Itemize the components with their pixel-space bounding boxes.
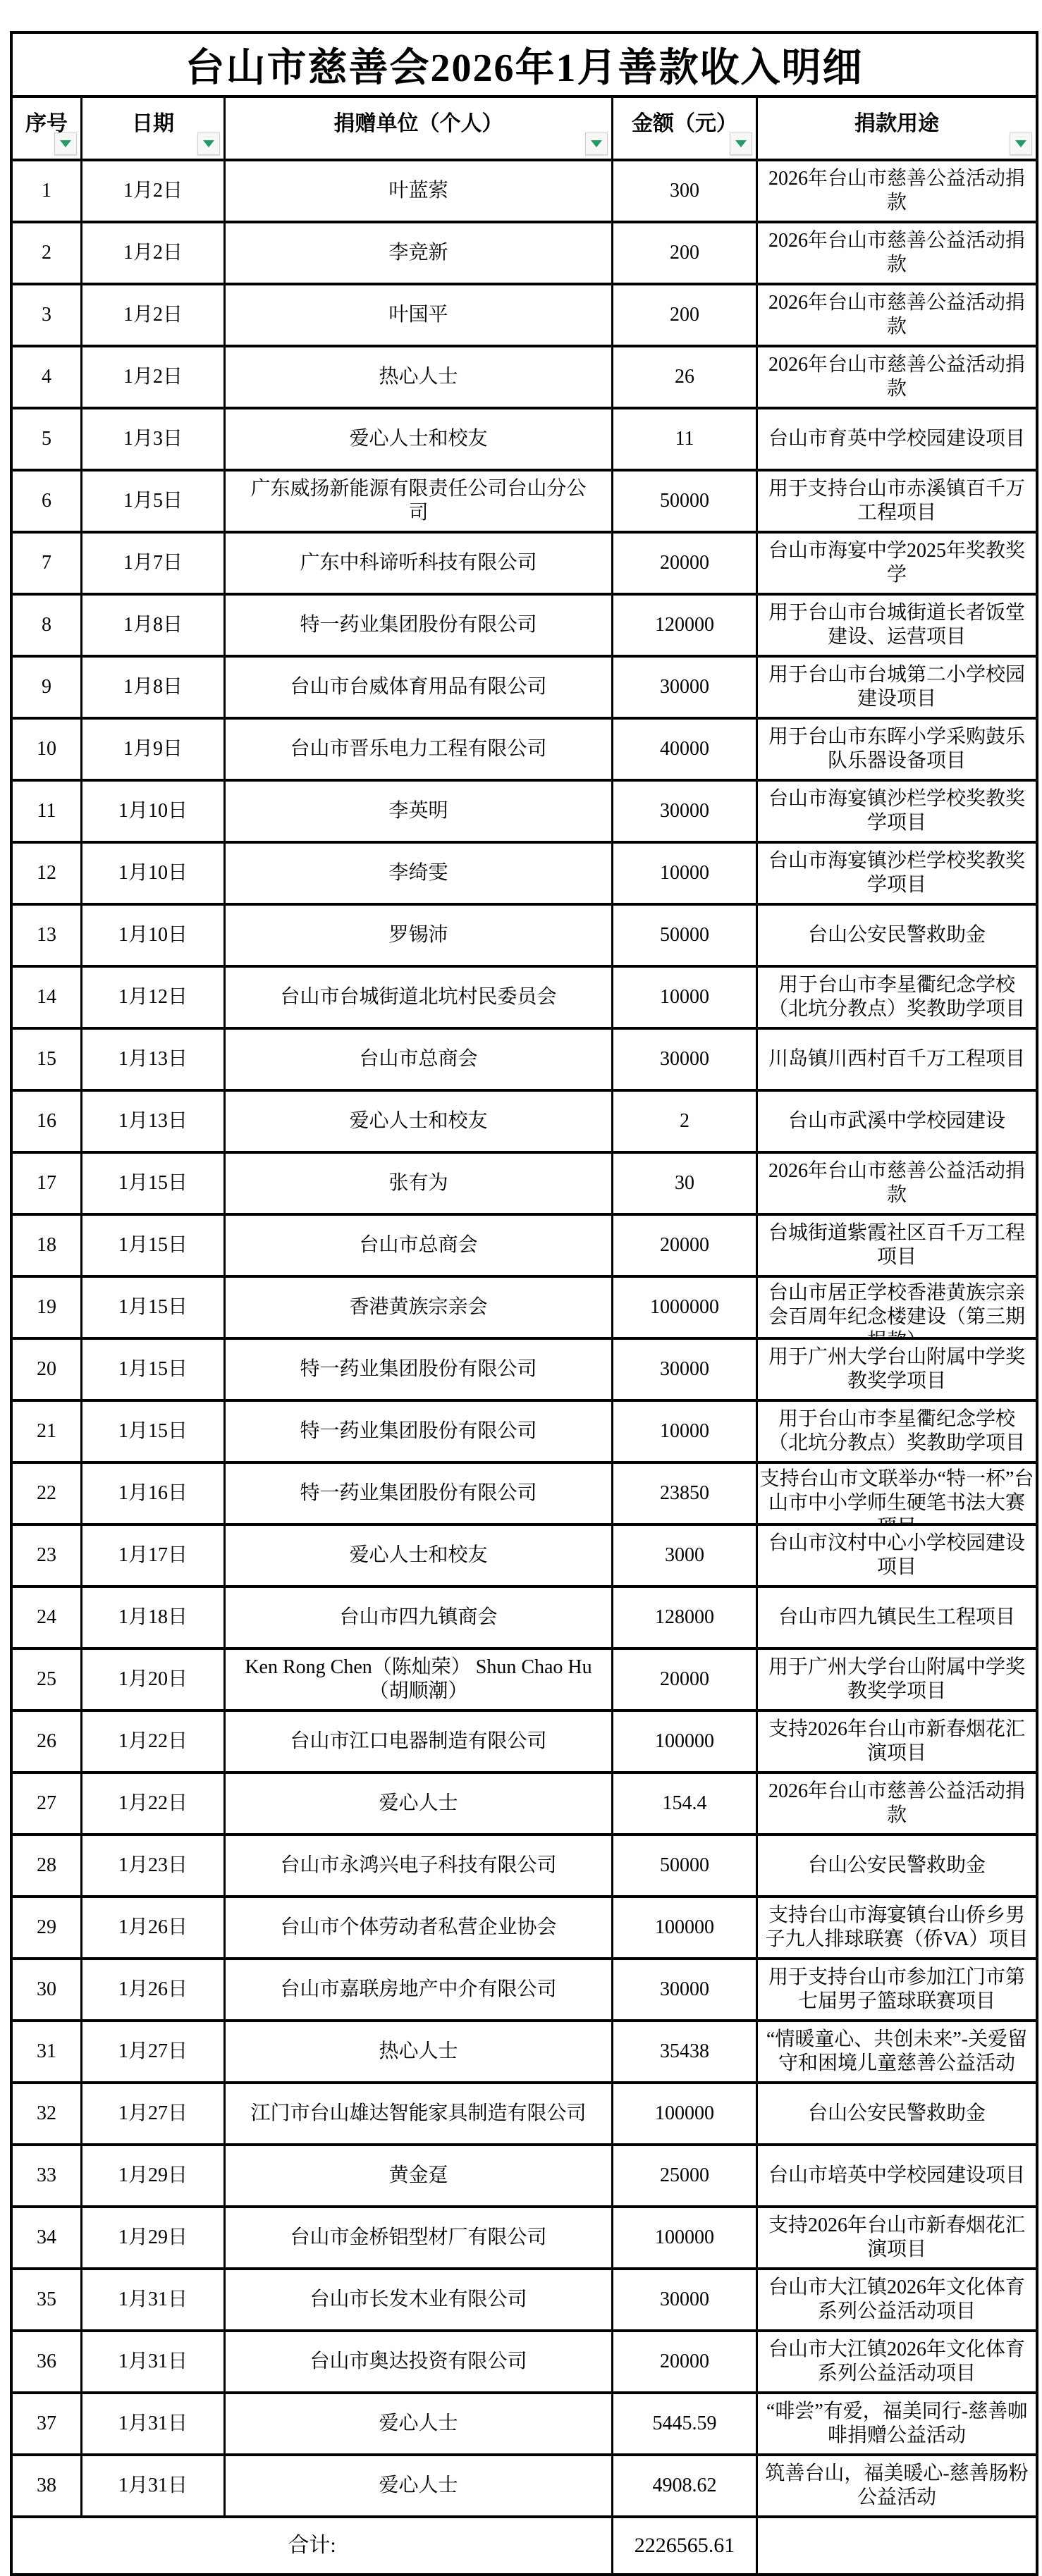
amount-cell[interactable]: 2 [611, 1092, 756, 1151]
date-cell[interactable]: 1月8日 [80, 596, 223, 655]
purpose-cell[interactable]: 台山市育英中学校园建设项目 [756, 409, 1036, 469]
table-row: 211月15日特一药业集团股份有限公司10000用于台山市李星衢纪念学校（北坑分… [13, 1399, 1036, 1461]
donor-cell[interactable]: 广东中科谛听科技有限公司 [223, 534, 611, 593]
row-number-cell[interactable]: 32 [13, 2084, 80, 2143]
amount-cell[interactable]: 300 [611, 161, 756, 221]
table-row: 161月13日爱心人士和校友2台山市武溪中学校园建设 [13, 1089, 1036, 1151]
table-row: 341月29日台山市金桥铝型材厂有限公司100000支持2026年台山市新春烟花… [13, 2205, 1036, 2267]
donor-cell[interactable]: 李竞新 [223, 223, 611, 283]
row-number-cell[interactable]: 13 [13, 906, 80, 965]
date-cell[interactable]: 1月8日 [80, 658, 223, 717]
donor-cell[interactable]: 台山市江口电器制造有限公司 [223, 1712, 611, 1771]
donor-cell[interactable]: 黄金趸 [223, 2146, 611, 2205]
date-cell[interactable]: 1月10日 [80, 906, 223, 965]
date-cell[interactable]: 1月22日 [80, 1712, 223, 1771]
row-number-cell[interactable]: 29 [13, 1898, 80, 1957]
purpose-cell[interactable]: 用于台山市李星衢纪念学校（北坑分教点）奖教助学项目 [756, 1402, 1036, 1461]
purpose-cell[interactable]: 台山市海宴镇沙栏学校奖教奖学项目 [756, 844, 1036, 903]
table-row: 201月15日特一药业集团股份有限公司30000用于广州大学台山附属中学奖教奖学… [13, 1337, 1036, 1399]
purpose-cell[interactable]: 台山市海宴镇沙栏学校奖教奖学项目 [756, 782, 1036, 841]
purpose-cell[interactable]: 川岛镇川西村百千万工程项目 [756, 1030, 1036, 1089]
filter-button-purpose[interactable] [1010, 133, 1032, 155]
donor-cell[interactable]: 罗锡沛 [223, 906, 611, 965]
donor-cell[interactable]: 江门市台山雄达智能家具制造有限公司 [223, 2084, 611, 2143]
row-number-cell[interactable]: 7 [13, 534, 80, 593]
table-row: 121月10日李绮雯10000台山市海宴镇沙栏学校奖教奖学项目 [13, 841, 1036, 903]
donor-cell[interactable]: 特一药业集团股份有限公司 [223, 1464, 611, 1523]
amount-cell[interactable]: 120000 [611, 596, 756, 655]
row-number-cell[interactable]: 3 [13, 285, 80, 345]
row-number-cell[interactable]: 23 [13, 1526, 80, 1585]
amount-cell[interactable]: 200 [611, 223, 756, 283]
donor-cell[interactable]: 爱心人士和校友 [223, 1092, 611, 1151]
table-row: 291月26日台山市个体劳动者私营企业协会100000支持台山市海宴镇台山侨乡男… [13, 1895, 1036, 1957]
date-cell[interactable]: 1月16日 [80, 1464, 223, 1523]
row-number-cell[interactable]: 14 [13, 968, 80, 1027]
table-body: 11月2日叶蓝萦3002026年台山市慈善公益活动捐款21月2日李竞新20020… [13, 159, 1036, 2515]
row-number-cell[interactable]: 31 [13, 2022, 80, 2081]
row-number-cell[interactable]: 15 [13, 1030, 80, 1089]
date-cell[interactable]: 1月9日 [80, 720, 223, 779]
filter-button-no[interactable] [54, 133, 77, 155]
header-label-amount: 金额（元） [632, 112, 737, 136]
donor-cell[interactable]: 台山市长发木业有限公司 [223, 2270, 611, 2329]
row-number-cell[interactable]: 25 [13, 1650, 80, 1709]
donor-cell[interactable]: 热心人士 [223, 2022, 611, 2081]
date-cell[interactable]: 1月13日 [80, 1030, 223, 1089]
date-cell[interactable]: 1月15日 [80, 1278, 223, 1337]
date-cell[interactable]: 1月12日 [80, 968, 223, 1027]
date-cell[interactable]: 1月26日 [80, 1898, 223, 1957]
row-number-cell[interactable]: 16 [13, 1092, 80, 1151]
amount-cell[interactable]: 30000 [611, 2270, 756, 2329]
row-number-cell[interactable]: 6 [13, 472, 80, 531]
table-row: 281月23日台山市永鸿兴电子科技有限公司50000台山公安民警救助金 [13, 1833, 1036, 1895]
donor-cell[interactable]: 台山市嘉联房地产中介有限公司 [223, 1960, 611, 2019]
date-cell[interactable]: 1月22日 [80, 1774, 223, 1833]
date-cell[interactable]: 1月23日 [80, 1836, 223, 1895]
date-cell[interactable]: 1月2日 [80, 285, 223, 345]
row-number-cell[interactable]: 28 [13, 1836, 80, 1895]
row-number-cell[interactable]: 34 [13, 2208, 80, 2267]
row-number-cell[interactable]: 20 [13, 1340, 80, 1399]
purpose-cell[interactable]: 支持2026年台山市新春烟花汇演项目 [756, 1712, 1036, 1771]
amount-cell[interactable]: 50000 [611, 906, 756, 965]
date-cell[interactable]: 1月15日 [80, 1154, 223, 1213]
amount-cell[interactable]: 30000 [611, 1030, 756, 1089]
donor-cell[interactable]: 热心人士 [223, 347, 611, 407]
row-number-cell[interactable]: 30 [13, 1960, 80, 2019]
purpose-cell[interactable]: 用于广州大学台山附属中学奖教奖学项目 [756, 1340, 1036, 1399]
date-cell[interactable]: 1月2日 [80, 223, 223, 283]
date-cell[interactable]: 1月15日 [80, 1340, 223, 1399]
total-purpose-cell[interactable] [756, 2518, 1036, 2573]
amount-cell[interactable]: 25000 [611, 2146, 756, 2205]
donor-cell[interactable]: 台山市个体劳动者私营企业协会 [223, 1898, 611, 1957]
amount-cell[interactable]: 50000 [611, 1836, 756, 1895]
donor-cell[interactable]: 特一药业集团股份有限公司 [223, 1340, 611, 1399]
amount-cell[interactable]: 50000 [611, 472, 756, 531]
filter-dropdown-icon [1015, 140, 1026, 147]
table-row: 251月20日Ken Rong Chen（陈灿荣） Shun Chao Hu（胡… [13, 1647, 1036, 1709]
filter-button-donor[interactable] [585, 133, 608, 155]
purpose-cell[interactable]: 台山公安民警救助金 [756, 1836, 1036, 1895]
amount-cell[interactable]: 40000 [611, 720, 756, 779]
amount-cell[interactable]: 10000 [611, 1402, 756, 1461]
date-cell[interactable]: 1月20日 [80, 1650, 223, 1709]
table-row: 371月31日爱心人士5445.59“啡尝”有爱，福美同行-慈善咖啡捐赠公益活动 [13, 2391, 1036, 2453]
table-row: 381月31日爱心人士4908.62筑善台山，福美暖心-慈善肠粉公益活动 [13, 2453, 1036, 2515]
purpose-cell[interactable]: “啡尝”有爱，福美同行-慈善咖啡捐赠公益活动 [756, 2394, 1036, 2453]
row-number-cell[interactable]: 38 [13, 2456, 80, 2515]
purpose-cell[interactable]: 支持台山市文联举办“特一杯”台山市中小学师生硬笔书法大赛项目 [756, 1464, 1036, 1523]
amount-cell[interactable]: 10000 [611, 844, 756, 903]
donor-cell[interactable]: 李绮雯 [223, 844, 611, 903]
purpose-cell[interactable]: 用于台山市李星衢纪念学校（北坑分教点）奖教助学项目 [756, 968, 1036, 1027]
donor-cell[interactable]: Ken Rong Chen（陈灿荣） Shun Chao Hu（胡顺潮） [223, 1650, 611, 1709]
table-row: 301月26日台山市嘉联房地产中介有限公司30000用于支持台山市参加江门市第七… [13, 1957, 1036, 2019]
filter-dropdown-icon [60, 140, 71, 147]
donor-cell[interactable]: 叶蓝萦 [223, 161, 611, 221]
header-label-purpose: 捐款用途 [854, 112, 939, 136]
table-row: 91月8日台山市台威体育用品有限公司30000用于台山市台城第二小学校园建设项目 [13, 655, 1036, 717]
donation-table: 台山市慈善会2026年1月善款收入明细 序号 日期 捐赠单位（个人） 金额（元）… [10, 31, 1038, 2576]
amount-cell[interactable]: 20000 [611, 1650, 756, 1709]
purpose-cell[interactable]: 台山市大江镇2026年文化体育系列公益活动项目 [756, 2332, 1036, 2391]
donor-cell[interactable]: 爱心人士 [223, 1774, 611, 1833]
purpose-cell[interactable]: 2026年台山市慈善公益活动捐款 [756, 347, 1036, 407]
row-number-cell[interactable]: 21 [13, 1402, 80, 1461]
donor-cell[interactable]: 台山市台威体育用品有限公司 [223, 658, 611, 717]
purpose-cell[interactable]: 台城街道紫霞社区百千万工程项目 [756, 1216, 1036, 1275]
donor-cell[interactable]: 特一药业集团股份有限公司 [223, 1402, 611, 1461]
amount-cell[interactable]: 11 [611, 409, 756, 469]
amount-cell[interactable]: 5445.59 [611, 2394, 756, 2453]
table-row: 361月31日台山市奥达投资有限公司20000台山市大江镇2026年文化体育系列… [13, 2329, 1036, 2391]
header-label-date: 日期 [132, 112, 174, 136]
purpose-cell[interactable]: 支持台山市海宴镇台山侨乡男子九人排球联赛（侨VA）项目 [756, 1898, 1036, 1957]
amount-cell[interactable]: 26 [611, 347, 756, 407]
table-row: 221月16日特一药业集团股份有限公司23850支持台山市文联举办“特一杯”台山… [13, 1461, 1036, 1523]
purpose-cell[interactable]: 筑善台山，福美暖心-慈善肠粉公益活动 [756, 2456, 1036, 2515]
purpose-cell[interactable]: “情暖童心、共创未来”-关爱留守和困境儿童慈善公益活动 [756, 2022, 1036, 2081]
purpose-cell[interactable]: 台山市四九镇民生工程项目 [756, 1588, 1036, 1647]
row-number-cell[interactable]: 22 [13, 1464, 80, 1523]
amount-cell[interactable]: 100000 [611, 2084, 756, 2143]
row-number-cell[interactable]: 9 [13, 658, 80, 717]
donor-cell[interactable]: 特一药业集团股份有限公司 [223, 596, 611, 655]
date-cell[interactable]: 1月7日 [80, 534, 223, 593]
date-cell[interactable]: 1月31日 [80, 2270, 223, 2329]
date-cell[interactable]: 1月10日 [80, 844, 223, 903]
amount-cell[interactable]: 35438 [611, 2022, 756, 2081]
date-cell[interactable]: 1月29日 [80, 2146, 223, 2205]
donor-cell[interactable]: 台山市金桥铝型材厂有限公司 [223, 2208, 611, 2267]
donor-cell[interactable]: 台山市总商会 [223, 1030, 611, 1089]
table-row: 141月12日台山市台城街道北坑村民委员会10000用于台山市李星衢纪念学校（北… [13, 965, 1036, 1027]
table-row: 321月27日江门市台山雄达智能家具制造有限公司100000台山公安民警救助金 [13, 2081, 1036, 2143]
date-cell[interactable]: 1月2日 [80, 347, 223, 407]
donor-cell[interactable]: 张有为 [223, 1154, 611, 1213]
filter-button-amount[interactable] [730, 133, 752, 155]
purpose-cell[interactable]: 支持2026年台山市新春烟花汇演项目 [756, 2208, 1036, 2267]
amount-cell[interactable]: 30000 [611, 1340, 756, 1399]
row-number-cell[interactable]: 33 [13, 2146, 80, 2205]
purpose-cell[interactable]: 台山市汶村中心小学校园建设项目 [756, 1526, 1036, 1585]
row-number-cell[interactable]: 17 [13, 1154, 80, 1213]
filter-button-date[interactable] [197, 133, 220, 155]
purpose-cell[interactable]: 台山市大江镇2026年文化体育系列公益活动项目 [756, 2270, 1036, 2329]
table-row: 131月10日罗锡沛50000台山公安民警救助金 [13, 903, 1036, 965]
date-cell[interactable]: 1月10日 [80, 782, 223, 841]
donor-cell[interactable]: 台山市永鸿兴电子科技有限公司 [223, 1836, 611, 1895]
donor-cell[interactable]: 台山市台城街道北坑村民委员会 [223, 968, 611, 1027]
date-cell[interactable]: 1月29日 [80, 2208, 223, 2267]
amount-cell[interactable]: 20000 [611, 1216, 756, 1275]
row-number-cell[interactable]: 11 [13, 782, 80, 841]
amount-cell[interactable]: 23850 [611, 1464, 756, 1523]
row-number-cell[interactable]: 26 [13, 1712, 80, 1771]
table-row: 351月31日台山市长发木业有限公司30000台山市大江镇2026年文化体育系列… [13, 2267, 1036, 2329]
purpose-cell[interactable]: 用于支持台山市参加江门市第七届男子篮球联赛项目 [756, 1960, 1036, 2019]
table-row: 11月2日叶蓝萦3002026年台山市慈善公益活动捐款 [13, 159, 1036, 221]
table-row: 151月13日台山市总商会30000川岛镇川西村百千万工程项目 [13, 1027, 1036, 1089]
date-cell[interactable]: 1月15日 [80, 1216, 223, 1275]
purpose-cell[interactable]: 2026年台山市慈善公益活动捐款 [756, 285, 1036, 345]
total-row: 合计: 2226565.61 [13, 2515, 1036, 2573]
table-row: 191月15日香港黄族宗亲会1000000台山市居正学校香港黄族宗亲会百周年纪念… [13, 1275, 1036, 1337]
header-cell-amount[interactable]: 金额（元） [611, 98, 756, 159]
purpose-cell[interactable]: 台山市武溪中学校园建设 [756, 1092, 1036, 1151]
table-row: 41月2日热心人士262026年台山市慈善公益活动捐款 [13, 345, 1036, 407]
donor-cell[interactable]: 爱心人士 [223, 2394, 611, 2453]
row-number-cell[interactable]: 10 [13, 720, 80, 779]
date-cell[interactable]: 1月5日 [80, 472, 223, 531]
amount-cell[interactable]: 30000 [611, 782, 756, 841]
table-row: 261月22日台山市江口电器制造有限公司100000支持2026年台山市新春烟花… [13, 1709, 1036, 1771]
page-title: 台山市慈善会2026年1月善款收入明细 [13, 34, 1036, 95]
purpose-cell[interactable]: 用于支持台山市赤溪镇百千万工程项目 [756, 472, 1036, 531]
filter-dropdown-icon [591, 140, 602, 147]
table-row: 21月2日李竞新2002026年台山市慈善公益活动捐款 [13, 221, 1036, 283]
amount-cell[interactable]: 100000 [611, 1898, 756, 1957]
purpose-cell[interactable]: 台山公安民警救助金 [756, 906, 1036, 965]
total-amount-cell[interactable]: 2226565.61 [611, 2518, 756, 2573]
header-cell-donor[interactable]: 捐赠单位（个人） [223, 98, 611, 159]
date-cell[interactable]: 1月27日 [80, 2022, 223, 2081]
header-cell-purpose[interactable]: 捐款用途 [756, 98, 1036, 159]
date-cell[interactable]: 1月31日 [80, 2332, 223, 2391]
header-cell-date[interactable]: 日期 [80, 98, 223, 159]
row-number-cell[interactable]: 24 [13, 1588, 80, 1647]
table-row: 311月27日热心人士35438“情暖童心、共创未来”-关爱留守和困境儿童慈善公… [13, 2019, 1036, 2081]
purpose-cell[interactable]: 2026年台山市慈善公益活动捐款 [756, 161, 1036, 221]
date-cell[interactable]: 1月13日 [80, 1092, 223, 1151]
amount-cell[interactable]: 1000000 [611, 1278, 756, 1337]
row-number-cell[interactable]: 35 [13, 2270, 80, 2329]
header-cell-no[interactable]: 序号 [13, 98, 80, 159]
row-number-cell[interactable]: 19 [13, 1278, 80, 1337]
purpose-cell[interactable]: 用于台山市台城街道长者饭堂建设、运营项目 [756, 596, 1036, 655]
table-row: 31月2日叶国平2002026年台山市慈善公益活动捐款 [13, 283, 1036, 345]
amount-cell[interactable]: 4908.62 [611, 2456, 756, 2515]
table-row: 61月5日广东威扬新能源有限责任公司台山分公司50000用于支持台山市赤溪镇百千… [13, 469, 1036, 531]
row-number-cell[interactable]: 2 [13, 223, 80, 283]
amount-cell[interactable]: 20000 [611, 534, 756, 593]
table-row: 231月17日爱心人士和校友3000台山市汶村中心小学校园建设项目 [13, 1523, 1036, 1585]
donor-cell[interactable]: 爱心人士和校友 [223, 1526, 611, 1585]
amount-cell[interactable]: 100000 [611, 2208, 756, 2267]
spreadsheet-page: 台山市慈善会2026年1月善款收入明细 序号 日期 捐赠单位（个人） 金额（元）… [0, 0, 1042, 2477]
table-row: 111月10日李英明30000台山市海宴镇沙栏学校奖教奖学项目 [13, 779, 1036, 841]
date-cell[interactable]: 1月31日 [80, 2456, 223, 2515]
row-number-cell[interactable]: 1 [13, 161, 80, 221]
amount-cell[interactable]: 30000 [611, 658, 756, 717]
amount-cell[interactable]: 200 [611, 285, 756, 345]
donor-cell[interactable]: 广东威扬新能源有限责任公司台山分公司 [223, 472, 611, 531]
purpose-cell[interactable]: 2026年台山市慈善公益活动捐款 [756, 1774, 1036, 1833]
donor-cell[interactable]: 台山市奥达投资有限公司 [223, 2332, 611, 2391]
row-number-cell[interactable]: 4 [13, 347, 80, 407]
purpose-cell[interactable]: 台山市居正学校香港黄族宗亲会百周年纪念楼建设（第三期捐款） [756, 1278, 1036, 1337]
table-row: 51月3日爱心人士和校友11台山市育英中学校园建设项目 [13, 407, 1036, 469]
amount-cell[interactable]: 100000 [611, 1712, 756, 1771]
donor-cell[interactable]: 叶国平 [223, 285, 611, 345]
header-label-donor: 捐赠单位（个人） [334, 112, 503, 136]
purpose-cell[interactable]: 台山市培英中学校园建设项目 [756, 2146, 1036, 2205]
row-number-cell[interactable]: 12 [13, 844, 80, 903]
date-cell[interactable]: 1月31日 [80, 2394, 223, 2453]
amount-cell[interactable]: 128000 [611, 1588, 756, 1647]
date-cell[interactable]: 1月3日 [80, 409, 223, 469]
row-number-cell[interactable]: 18 [13, 1216, 80, 1275]
row-number-cell[interactable]: 36 [13, 2332, 80, 2391]
donor-cell[interactable]: 李英明 [223, 782, 611, 841]
filter-dropdown-icon [735, 140, 747, 147]
amount-cell[interactable]: 30 [611, 1154, 756, 1213]
table-row: 171月15日张有为302026年台山市慈善公益活动捐款 [13, 1151, 1036, 1213]
date-cell[interactable]: 1月2日 [80, 161, 223, 221]
purpose-cell[interactable]: 用于台山市台城第二小学校园建设项目 [756, 658, 1036, 717]
table-row: 81月8日特一药业集团股份有限公司120000用于台山市台城街道长者饭堂建设、运… [13, 593, 1036, 655]
table-row: 271月22日爱心人士154.42026年台山市慈善公益活动捐款 [13, 1771, 1036, 1833]
amount-cell[interactable]: 30000 [611, 1960, 756, 2019]
donor-cell[interactable]: 台山市晋乐电力工程有限公司 [223, 720, 611, 779]
row-number-cell[interactable]: 37 [13, 2394, 80, 2453]
date-cell[interactable]: 1月18日 [80, 1588, 223, 1647]
purpose-cell[interactable]: 用于台山市东晖小学采购鼓乐队乐器设备项目 [756, 720, 1036, 779]
purpose-cell[interactable]: 台山公安民警救助金 [756, 2084, 1036, 2143]
amount-cell[interactable]: 10000 [611, 968, 756, 1027]
row-number-cell[interactable]: 27 [13, 1774, 80, 1833]
date-cell[interactable]: 1月27日 [80, 2084, 223, 2143]
table-row: 331月29日黄金趸25000台山市培英中学校园建设项目 [13, 2143, 1036, 2205]
table-row: 181月15日台山市总商会20000台城街道紫霞社区百千万工程项目 [13, 1213, 1036, 1275]
purpose-cell[interactable]: 2026年台山市慈善公益活动捐款 [756, 1154, 1036, 1213]
amount-cell[interactable]: 154.4 [611, 1774, 756, 1833]
table-row: 101月9日台山市晋乐电力工程有限公司40000用于台山市东晖小学采购鼓乐队乐器… [13, 717, 1036, 779]
row-number-cell[interactable]: 5 [13, 409, 80, 469]
filter-dropdown-icon [203, 140, 214, 147]
amount-cell[interactable]: 20000 [611, 2332, 756, 2391]
donor-cell[interactable]: 爱心人士 [223, 2456, 611, 2515]
table-header: 序号 日期 捐赠单位（个人） 金额（元） 捐款用途 [13, 95, 1036, 159]
purpose-cell[interactable]: 用于广州大学台山附属中学奖教奖学项目 [756, 1650, 1036, 1709]
purpose-cell[interactable]: 台山市海宴中学2025年奖教奖学 [756, 534, 1036, 593]
table-row: 71月7日广东中科谛听科技有限公司20000台山市海宴中学2025年奖教奖学 [13, 531, 1036, 593]
donor-cell[interactable]: 爱心人士和校友 [223, 409, 611, 469]
date-cell[interactable]: 1月26日 [80, 1960, 223, 2019]
table-row: 241月18日台山市四九镇商会128000台山市四九镇民生工程项目 [13, 1585, 1036, 1647]
donor-cell[interactable]: 台山市四九镇商会 [223, 1588, 611, 1647]
row-number-cell[interactable]: 8 [13, 596, 80, 655]
donor-cell[interactable]: 台山市总商会 [223, 1216, 611, 1275]
date-cell[interactable]: 1月15日 [80, 1402, 223, 1461]
donor-cell[interactable]: 香港黄族宗亲会 [223, 1278, 611, 1337]
purpose-cell[interactable]: 2026年台山市慈善公益活动捐款 [756, 223, 1036, 283]
amount-cell[interactable]: 3000 [611, 1526, 756, 1585]
date-cell[interactable]: 1月17日 [80, 1526, 223, 1585]
total-label-cell[interactable]: 合计: [13, 2518, 611, 2573]
